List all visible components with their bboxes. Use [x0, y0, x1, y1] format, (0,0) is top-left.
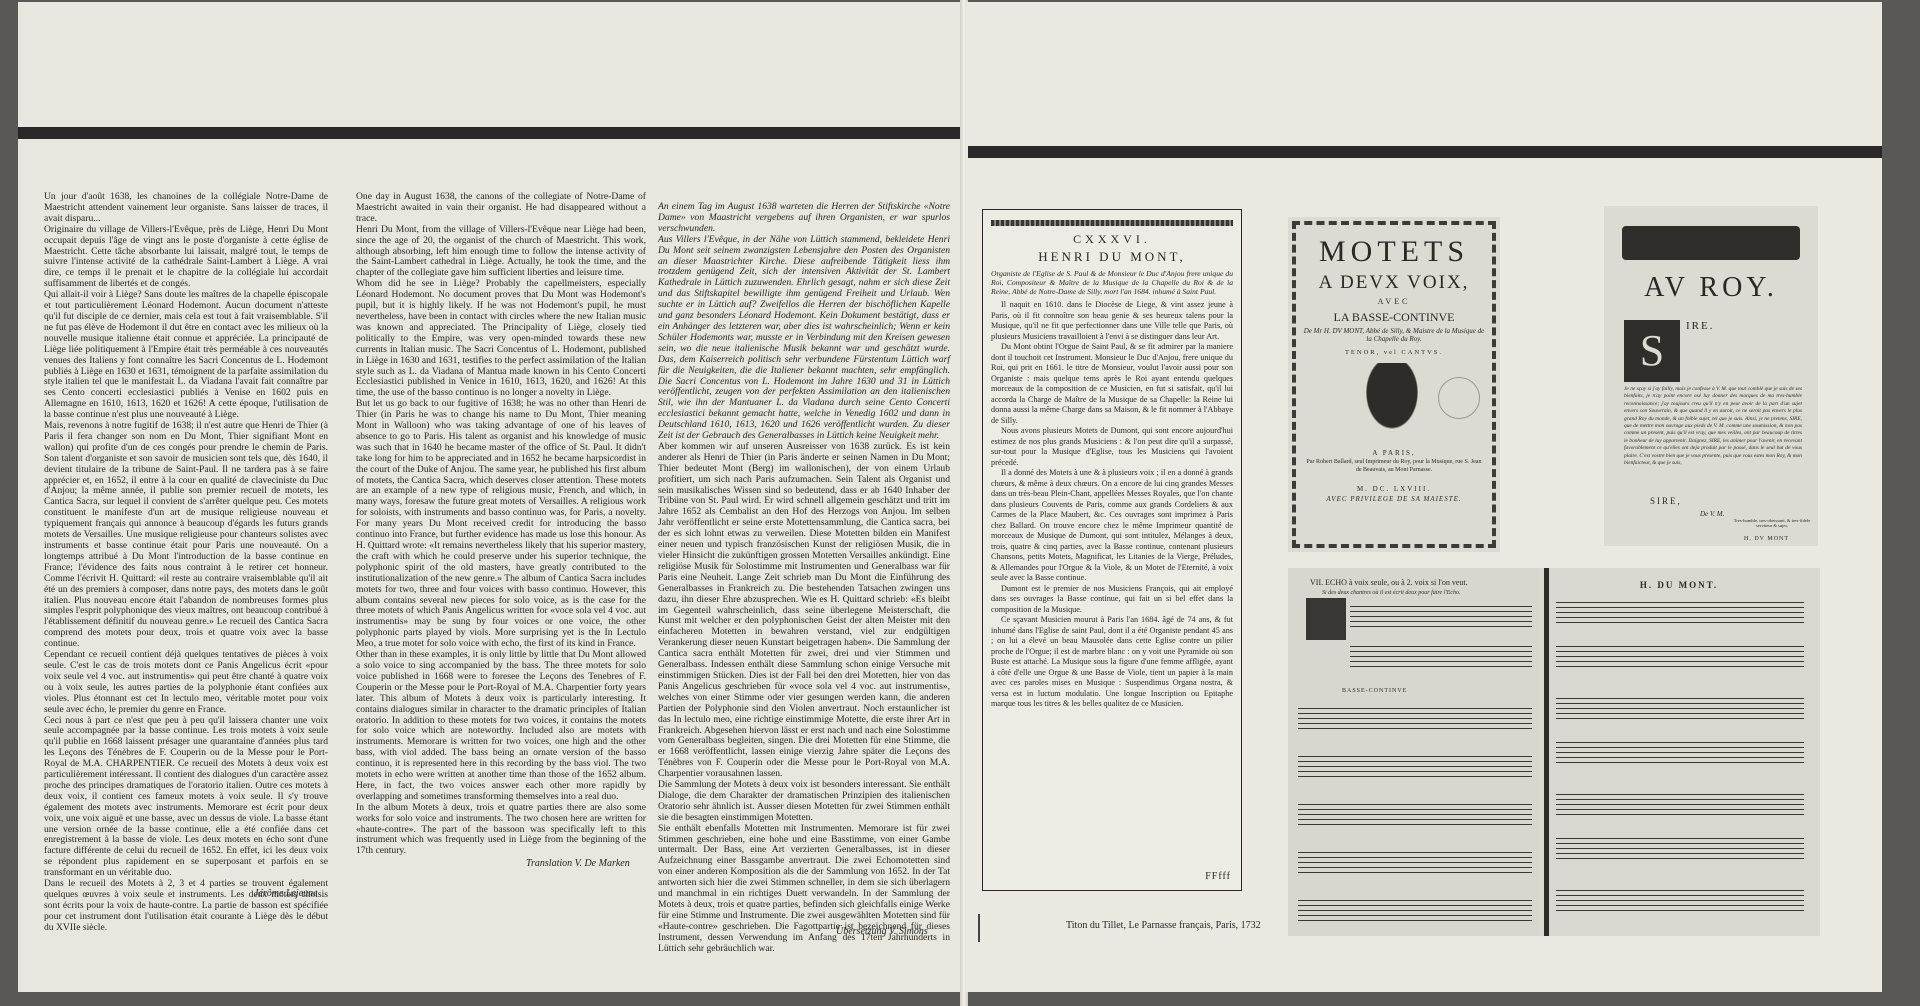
title-avec: AVEC	[1288, 297, 1500, 306]
paragraph: Die Sammlung der Motets à deux voix ist …	[658, 780, 950, 824]
paragraph: An einem Tag im August 1638 warteten die…	[658, 202, 950, 235]
initial-letter-s: S	[1624, 320, 1680, 382]
paragraph: In the album Motets à deux, trois et qua…	[356, 803, 646, 858]
paragraph: But let us go back to our fugitive of 16…	[356, 399, 646, 650]
paragraph: Henri Du Mont, from the village of Ville…	[356, 225, 646, 280]
english-signature: Translation V. De Marken	[526, 858, 630, 869]
music-staves	[1556, 602, 1804, 932]
black-rule	[18, 127, 962, 139]
catchword: FFfff	[1205, 871, 1231, 882]
paragraph: Aber kommen wir auf unseren Ausreisser v…	[658, 442, 950, 780]
paragraph: Mais, revenons à notre fugitif de 1638; …	[44, 421, 328, 650]
paragraph: Dumont est le premier de nos Musiciens F…	[991, 584, 1233, 616]
printer-device-tree	[1360, 363, 1424, 437]
dedication-body: Je ne sçay si j'ay failly, mais je confe…	[1624, 386, 1802, 467]
dedication-subscription: Tres-humble, tres-obeissant, & tres-fide…	[1732, 518, 1812, 529]
staff	[1298, 852, 1532, 876]
title-basse-continue: LA BASSE-CONTINVE	[1288, 310, 1500, 325]
paragraph: Whom did he see in Liège? Probably the c…	[356, 279, 646, 399]
staff	[1556, 742, 1804, 766]
paragraph: Aus Villers l'Evêque, in der Nähe von Lü…	[658, 235, 950, 442]
title-deux-voix: A DEVX VOIX,	[1288, 272, 1500, 294]
imprint-privilege: AVEC PRIVILEGE DE SA MAIESTE.	[1288, 495, 1500, 503]
black-rule	[968, 146, 1882, 158]
entry-subtitle: Organiste de l'Eglise de S. Paul & de Mo…	[983, 265, 1241, 296]
staff	[1556, 698, 1804, 722]
staff	[1298, 756, 1532, 780]
staff	[1298, 900, 1532, 924]
paragraph: Originaire du village de Villers-l'Evêqu…	[44, 225, 328, 290]
staff	[1350, 606, 1532, 630]
parnasse-excerpt-box: CXXXVI. HENRI DU MONT, Organiste de l'Eg…	[982, 209, 1242, 891]
score-facsimile-echo: VII. ECHO à voix seule, ou à 2. voix si …	[1288, 568, 1538, 936]
french-column: Un jour d'août 1638, les chanoines de la…	[44, 192, 328, 934]
dedication-closing: SIRE,	[1650, 496, 1682, 506]
paragraph: Cependant ce recueil contient déjà quelq…	[44, 650, 328, 715]
entry-body: Il naquit en 1610. dans le Diocèse de Li…	[983, 296, 1241, 710]
paragraph: Du Mont obtint l'Orgue de Saint Paul, & …	[991, 342, 1233, 426]
german-signature: Übersetzung V. Simons	[836, 926, 928, 937]
page-edge	[1544, 568, 1549, 936]
imprint-printer: Par Robert Ballard, seul Imprimeur du Ro…	[1304, 459, 1484, 474]
german-column: An einem Tag im August 1638 warteten die…	[658, 202, 950, 955]
paragraph: Ce sçavant Musicien mourut à Paris l'an …	[991, 615, 1233, 710]
ornament-band	[991, 220, 1233, 226]
staff	[1556, 646, 1804, 670]
dedication-salutation: IRE.	[1686, 320, 1714, 332]
dedication-de-vm: De V. M.	[1700, 510, 1724, 518]
title-motets: MOTETS	[1288, 235, 1500, 269]
staff	[1298, 804, 1532, 828]
title-page-facsimile: MOTETS A DEVX VOIX, AVEC LA BASSE-CONTIN…	[1288, 217, 1500, 552]
image-caption: Titon du Tillet, Le Parnasse français, P…	[1066, 920, 1261, 931]
right-page: CXXXVI. HENRI DU MONT, Organiste de l'Eg…	[966, 2, 1882, 992]
paragraph: One day in August 1638, the canons of th…	[356, 192, 646, 225]
library-stamp	[1438, 377, 1480, 419]
imprint-place: A PARIS,	[1288, 449, 1500, 457]
staff	[1556, 838, 1804, 862]
dedication-signed: H. DV MONT	[1744, 536, 1789, 542]
paragraph: Il a donné des Motets à une & à plusieur…	[991, 468, 1233, 584]
music-staves-bottom	[1298, 708, 1532, 928]
score-heading: VII. ECHO à voix seule, ou à 2. voix si …	[1310, 578, 1468, 587]
paragraph: Il naquit en 1610. dans le Diocèse de Li…	[991, 300, 1233, 342]
score-facsimile-du-mont: H. DU MONT.	[1538, 568, 1820, 936]
imprint-year: M. DC. LXVIII.	[1288, 485, 1500, 493]
entry-name: HENRI DU MONT,	[983, 249, 1241, 265]
paragraph: Ceci nous à part ce n'est que peu à peu …	[44, 716, 328, 880]
french-signature: Jérôme Lejeune	[254, 888, 318, 899]
initial-letter-ornament	[1306, 598, 1346, 640]
paragraph: Nous avons plusieurs Motets de Dumont, q…	[991, 426, 1233, 468]
headpiece-ornament	[1622, 226, 1800, 260]
english-column: One day in August 1638, the canons of th…	[356, 192, 646, 857]
score-subheading: Si des deux chantres où il est écrit deu…	[1322, 590, 1460, 596]
dedication-title: AV ROY.	[1604, 272, 1818, 304]
dedication-facsimile: AV ROY. S IRE. Je ne sçay si j'ay failly…	[1604, 206, 1818, 546]
paragraph: Un jour d'août 1638, les chanoines de la…	[44, 192, 328, 225]
staff	[1350, 646, 1532, 670]
paragraph: Other than in these examples, it is only…	[356, 650, 646, 803]
staff	[1556, 794, 1804, 818]
staff	[1298, 708, 1532, 732]
score-heading: H. DU MONT.	[1538, 580, 1820, 590]
paragraph: Qui allait-il voir à Liège? Sans doute l…	[44, 290, 328, 421]
left-page: Un jour d'août 1638, les chanoines de la…	[18, 2, 962, 992]
label-logo	[978, 914, 990, 942]
entry-number: CXXXVI.	[983, 232, 1241, 247]
bass-continuo-label: BASSE-CONTINVE	[1342, 688, 1407, 694]
title-author: De Mr H. DV MONT, Abbé de Silly, & Maist…	[1302, 327, 1486, 343]
staff	[1556, 890, 1804, 914]
title-voice-part: TENOR, vel CANTVS.	[1288, 349, 1500, 356]
staff	[1556, 602, 1804, 626]
